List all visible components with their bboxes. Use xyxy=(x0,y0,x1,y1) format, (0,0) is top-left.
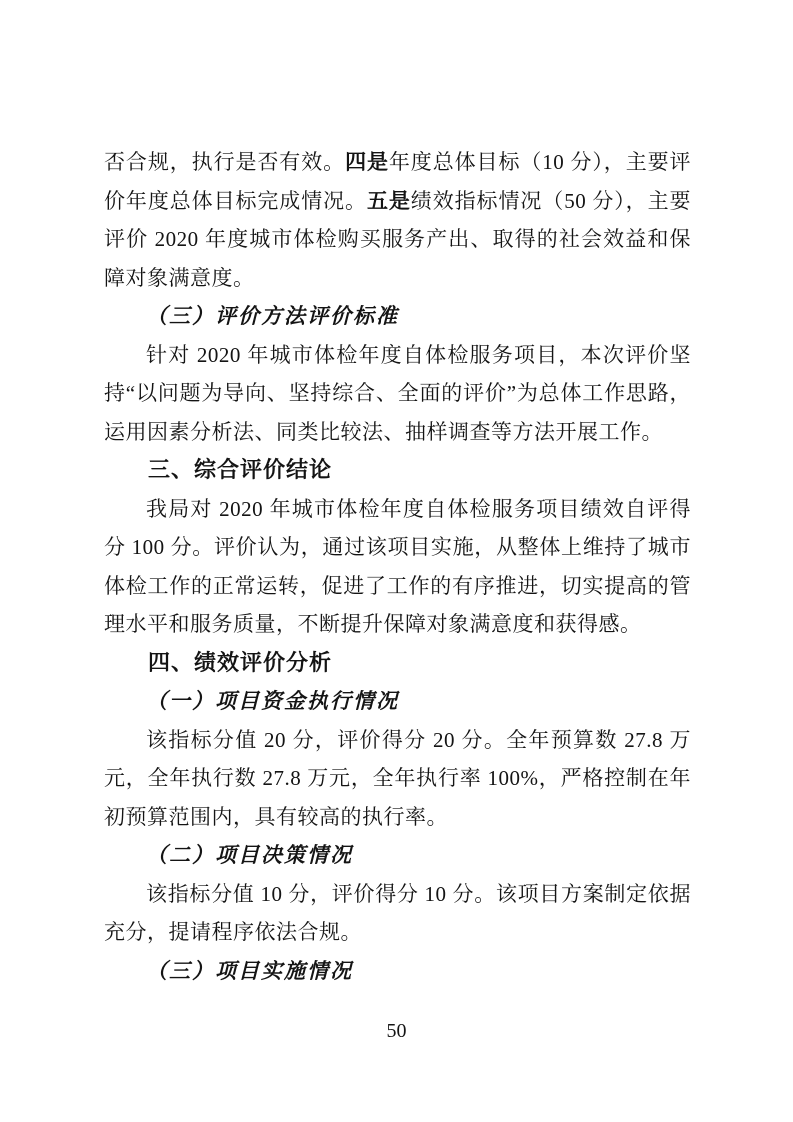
section-heading-conclusion: 三、综合评价结论 xyxy=(104,451,691,490)
text-run: 该指标分值 20 分，评价得分 20 分。全年预算数 27.8 万元，全年执行数… xyxy=(104,728,691,829)
paragraph-method: 针对 2020 年城市体检年度自体检服务项目，本次评价坚持“以问题为导向、坚持综… xyxy=(104,336,691,452)
text-run: 针对 2020 年城市体检年度自体检服务项目，本次评价坚持“以问题为导向、坚持综… xyxy=(104,343,691,444)
subsection-heading-method: （三）评价方法评价标准 xyxy=(104,297,691,336)
bold-text-run: 四是 xyxy=(345,150,389,174)
text-run: 该指标分值 10 分，评价得分 10 分。该项目方案制定依据充分，提请程序依法合… xyxy=(104,882,691,945)
subsection-heading-decision: （二）项目决策情况 xyxy=(104,836,691,875)
text-run: 否合规，执行是否有效。 xyxy=(104,150,345,174)
document-page: 否合规，执行是否有效。四是年度总体目标（10 分），主要评价年度总体目标完成情况… xyxy=(0,0,793,1122)
bold-text-run: 五是 xyxy=(367,189,411,213)
text-run: 我局对 2020 年城市体检年度自体检服务项目绩效自评得分 100 分。评价认为… xyxy=(104,497,691,637)
section-heading-analysis: 四、绩效评价分析 xyxy=(104,644,691,683)
paragraph-funds: 该指标分值 20 分，评价得分 20 分。全年预算数 27.8 万元，全年执行数… xyxy=(104,721,691,837)
document-content: 否合规，执行是否有效。四是年度总体目标（10 分），主要评价年度总体目标完成情况… xyxy=(104,143,691,990)
text-run: （三）评价方法评价标准 xyxy=(146,304,399,328)
continued-paragraph: 否合规，执行是否有效。四是年度总体目标（10 分），主要评价年度总体目标完成情况… xyxy=(104,143,691,297)
page-number: 50 xyxy=(0,1020,793,1043)
text-run: 三、综合评价结论 xyxy=(148,457,332,482)
text-run: （一）项目资金执行情况 xyxy=(146,689,399,713)
subsection-heading-implementation: （三）项目实施情况 xyxy=(104,952,691,991)
text-run: （三）项目实施情况 xyxy=(146,959,353,983)
paragraph-decision: 该指标分值 10 分，评价得分 10 分。该项目方案制定依据充分，提请程序依法合… xyxy=(104,875,691,952)
paragraph-conclusion: 我局对 2020 年城市体检年度自体检服务项目绩效自评得分 100 分。评价认为… xyxy=(104,490,691,644)
text-run: 四、绩效评价分析 xyxy=(148,650,332,675)
text-run: （二）项目决策情况 xyxy=(146,843,353,867)
subsection-heading-funds: （一）项目资金执行情况 xyxy=(104,682,691,721)
